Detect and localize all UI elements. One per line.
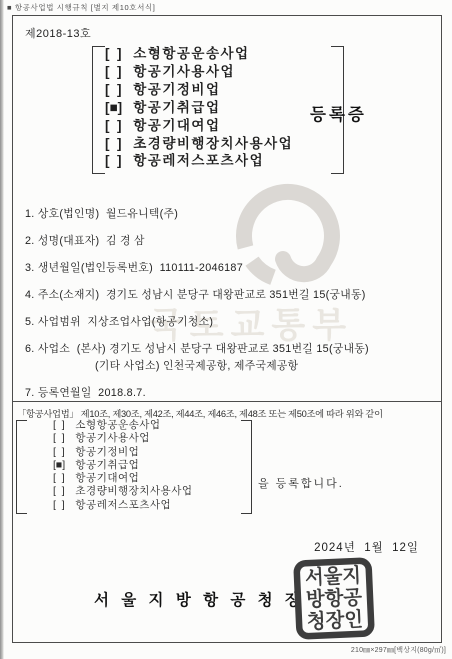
scan-edge-shadow — [0, 0, 4, 659]
legal-basis-text: 「항공사업법」 제10조, 제30조, 제42조, 제44조, 제46조, 제4… — [17, 406, 439, 420]
seal-text-row: 청장인 — [306, 607, 363, 633]
business-type-label: 초경량비행장치사용사업 — [72, 485, 193, 497]
business-type-label: 항공레저스포츠사업 — [128, 153, 264, 168]
checkbox-unchecked: [ ] — [53, 432, 72, 445]
business-type-item: [ ] 초경량비행장치사용사업 — [105, 135, 293, 153]
business-type-label: 소형항공운송사업 — [72, 419, 161, 431]
checkbox-unchecked: [ ] — [105, 63, 128, 81]
business-type-item: [ ] 항공기사용사업 — [53, 432, 193, 445]
checkbox-unchecked: [ ] — [53, 499, 72, 512]
business-type-item: [ ] 항공레저스포츠사업 — [53, 499, 193, 512]
business-type-label: 항공기사용사업 — [128, 64, 235, 79]
bracket-left — [92, 46, 105, 174]
business-type-item: [■] 항공기취급업 — [53, 459, 193, 472]
certificate-title: 등록증 — [310, 101, 367, 125]
checkbox-unchecked: [ ] — [105, 117, 128, 135]
checkbox-unchecked: [ ] — [105, 81, 128, 99]
certificate-page: ■ 항공사업법 시행규칙 [별지 제10호서식] 국토교통부 제2018-13호… — [0, 0, 452, 659]
checkbox-checked: [■] — [53, 459, 72, 472]
business-type-label: 소형항공운송사업 — [128, 46, 250, 61]
business-type-item: [ ] 항공레저스포츠사업 — [105, 152, 293, 170]
business-type-item: [ ] 항공기대여업 — [105, 117, 293, 135]
business-type-item: [ ] 항공기정비업 — [53, 446, 193, 459]
field-row: 1. 상호(법인명) 월드유니텍(주) — [25, 206, 433, 223]
field-line-continued: (기타 사업소) 인천국제공항, 제주국제공항 — [25, 358, 433, 375]
checkbox-unchecked: [ ] — [105, 135, 128, 153]
field-line: 7. 등록연월일 2018.8.7. — [25, 385, 433, 402]
field-line: 5. 사업범위 지상조업사업(항공기청소) — [25, 314, 433, 331]
checkbox-unchecked: [ ] — [53, 472, 72, 485]
checkbox-unchecked: [ ] — [53, 446, 72, 459]
issuing-authority: 서 울 지 방 항 공 청 장 — [94, 588, 304, 610]
issue-date: 2024년 1월 12일 — [314, 539, 419, 555]
register-clause: 을 등록합니다. — [258, 475, 344, 491]
business-type-item: [ ] 소형항공운송사업 — [105, 45, 293, 63]
checkbox-checked: [■] — [105, 99, 128, 117]
field-row: 7. 등록연월일 2018.8.7. — [25, 385, 433, 402]
official-seal: 서울지 방항공 청장인 — [293, 554, 375, 642]
field-line: 3. 생년월일(법인등록번호) 110111-2046187 — [25, 260, 433, 277]
business-type-list-bottom: [ ] 소형항공운송사업[ ] 항공기사용사업[ ] 항공기정비업[■] 항공기… — [53, 419, 193, 512]
business-type-item: [ ] 항공기사용사업 — [105, 63, 293, 81]
field-line: 2. 성명(대표자) 김 경 삼 — [25, 233, 433, 250]
business-type-label: 항공기정비업 — [128, 82, 221, 97]
business-type-item: [ ] 항공기정비업 — [105, 81, 293, 99]
field-row: 5. 사업범위 지상조업사업(항공기청소) — [25, 314, 433, 331]
business-type-label: 항공기대여업 — [128, 118, 221, 133]
document-number: 제2018-13호 — [25, 25, 91, 41]
field-row: 3. 생년월일(법인등록번호) 110111-2046187 — [25, 260, 433, 277]
bracket-right — [241, 420, 252, 514]
field-row: 2. 성명(대표자) 김 경 삼 — [25, 233, 433, 250]
field-line: 1. 상호(법인명) 월드유니텍(주) — [25, 206, 433, 223]
checkbox-unchecked: [ ] — [53, 485, 72, 498]
checkbox-unchecked: [ ] — [53, 419, 72, 432]
section-divider — [13, 401, 441, 402]
seal-text-row: 방항공 — [306, 585, 364, 611]
business-type-label: 항공기사용사업 — [72, 432, 150, 444]
paper-spec-note: 210㎜×297㎜[백상지(80g/㎡)] — [351, 645, 446, 655]
business-type-label: 항공기취급업 — [128, 100, 221, 115]
business-type-label: 항공기취급업 — [72, 459, 139, 471]
field-row: 6. 사업소 (본사) 경기도 성남시 분당구 대왕판교로 351번길 15(궁… — [25, 341, 433, 375]
certificate-box: 국토교통부 제2018-13호 [ ] 소형항공운송사업[ ] 항공기사용사업[… — [12, 15, 442, 643]
business-type-label: 항공기대여업 — [72, 472, 139, 484]
seal-stamp-icon: 서울지 방항공 청장인 — [293, 554, 375, 642]
business-type-list-top: [ ] 소형항공운송사업[ ] 항공기사용사업[ ] 항공기정비업[■] 항공기… — [105, 45, 293, 170]
business-type-item: [ ] 항공기대여업 — [53, 472, 193, 485]
bracket-left — [16, 420, 27, 514]
business-type-item: [■] 항공기취급업 — [105, 99, 293, 117]
registration-fields: 1. 상호(법인명) 월드유니텍(주)2. 성명(대표자) 김 경 삼3. 생년… — [25, 206, 433, 412]
business-type-label: 초경량비행장치사용사업 — [128, 136, 293, 151]
business-type-label: 항공기정비업 — [72, 446, 139, 458]
checkbox-unchecked: [ ] — [105, 45, 128, 63]
business-type-item: [ ] 초경량비행장치사용사업 — [53, 485, 193, 498]
business-type-item: [ ] 소형항공운송사업 — [53, 419, 193, 432]
form-reference: ■ 항공사업법 시행규칙 [별지 제10호서식] — [7, 2, 155, 13]
seal-text-row: 서울지 — [305, 563, 362, 589]
checkbox-unchecked: [ ] — [105, 152, 128, 170]
business-type-label: 항공레저스포츠사업 — [72, 499, 171, 511]
field-row: 4. 주소(소재지) 경기도 성남시 분당구 대왕판교로 351번길 15(궁내… — [25, 287, 433, 304]
field-line: 6. 사업소 (본사) 경기도 성남시 분당구 대왕판교로 351번길 15(궁… — [25, 341, 433, 358]
field-line: 4. 주소(소재지) 경기도 성남시 분당구 대왕판교로 351번길 15(궁내… — [25, 287, 433, 304]
